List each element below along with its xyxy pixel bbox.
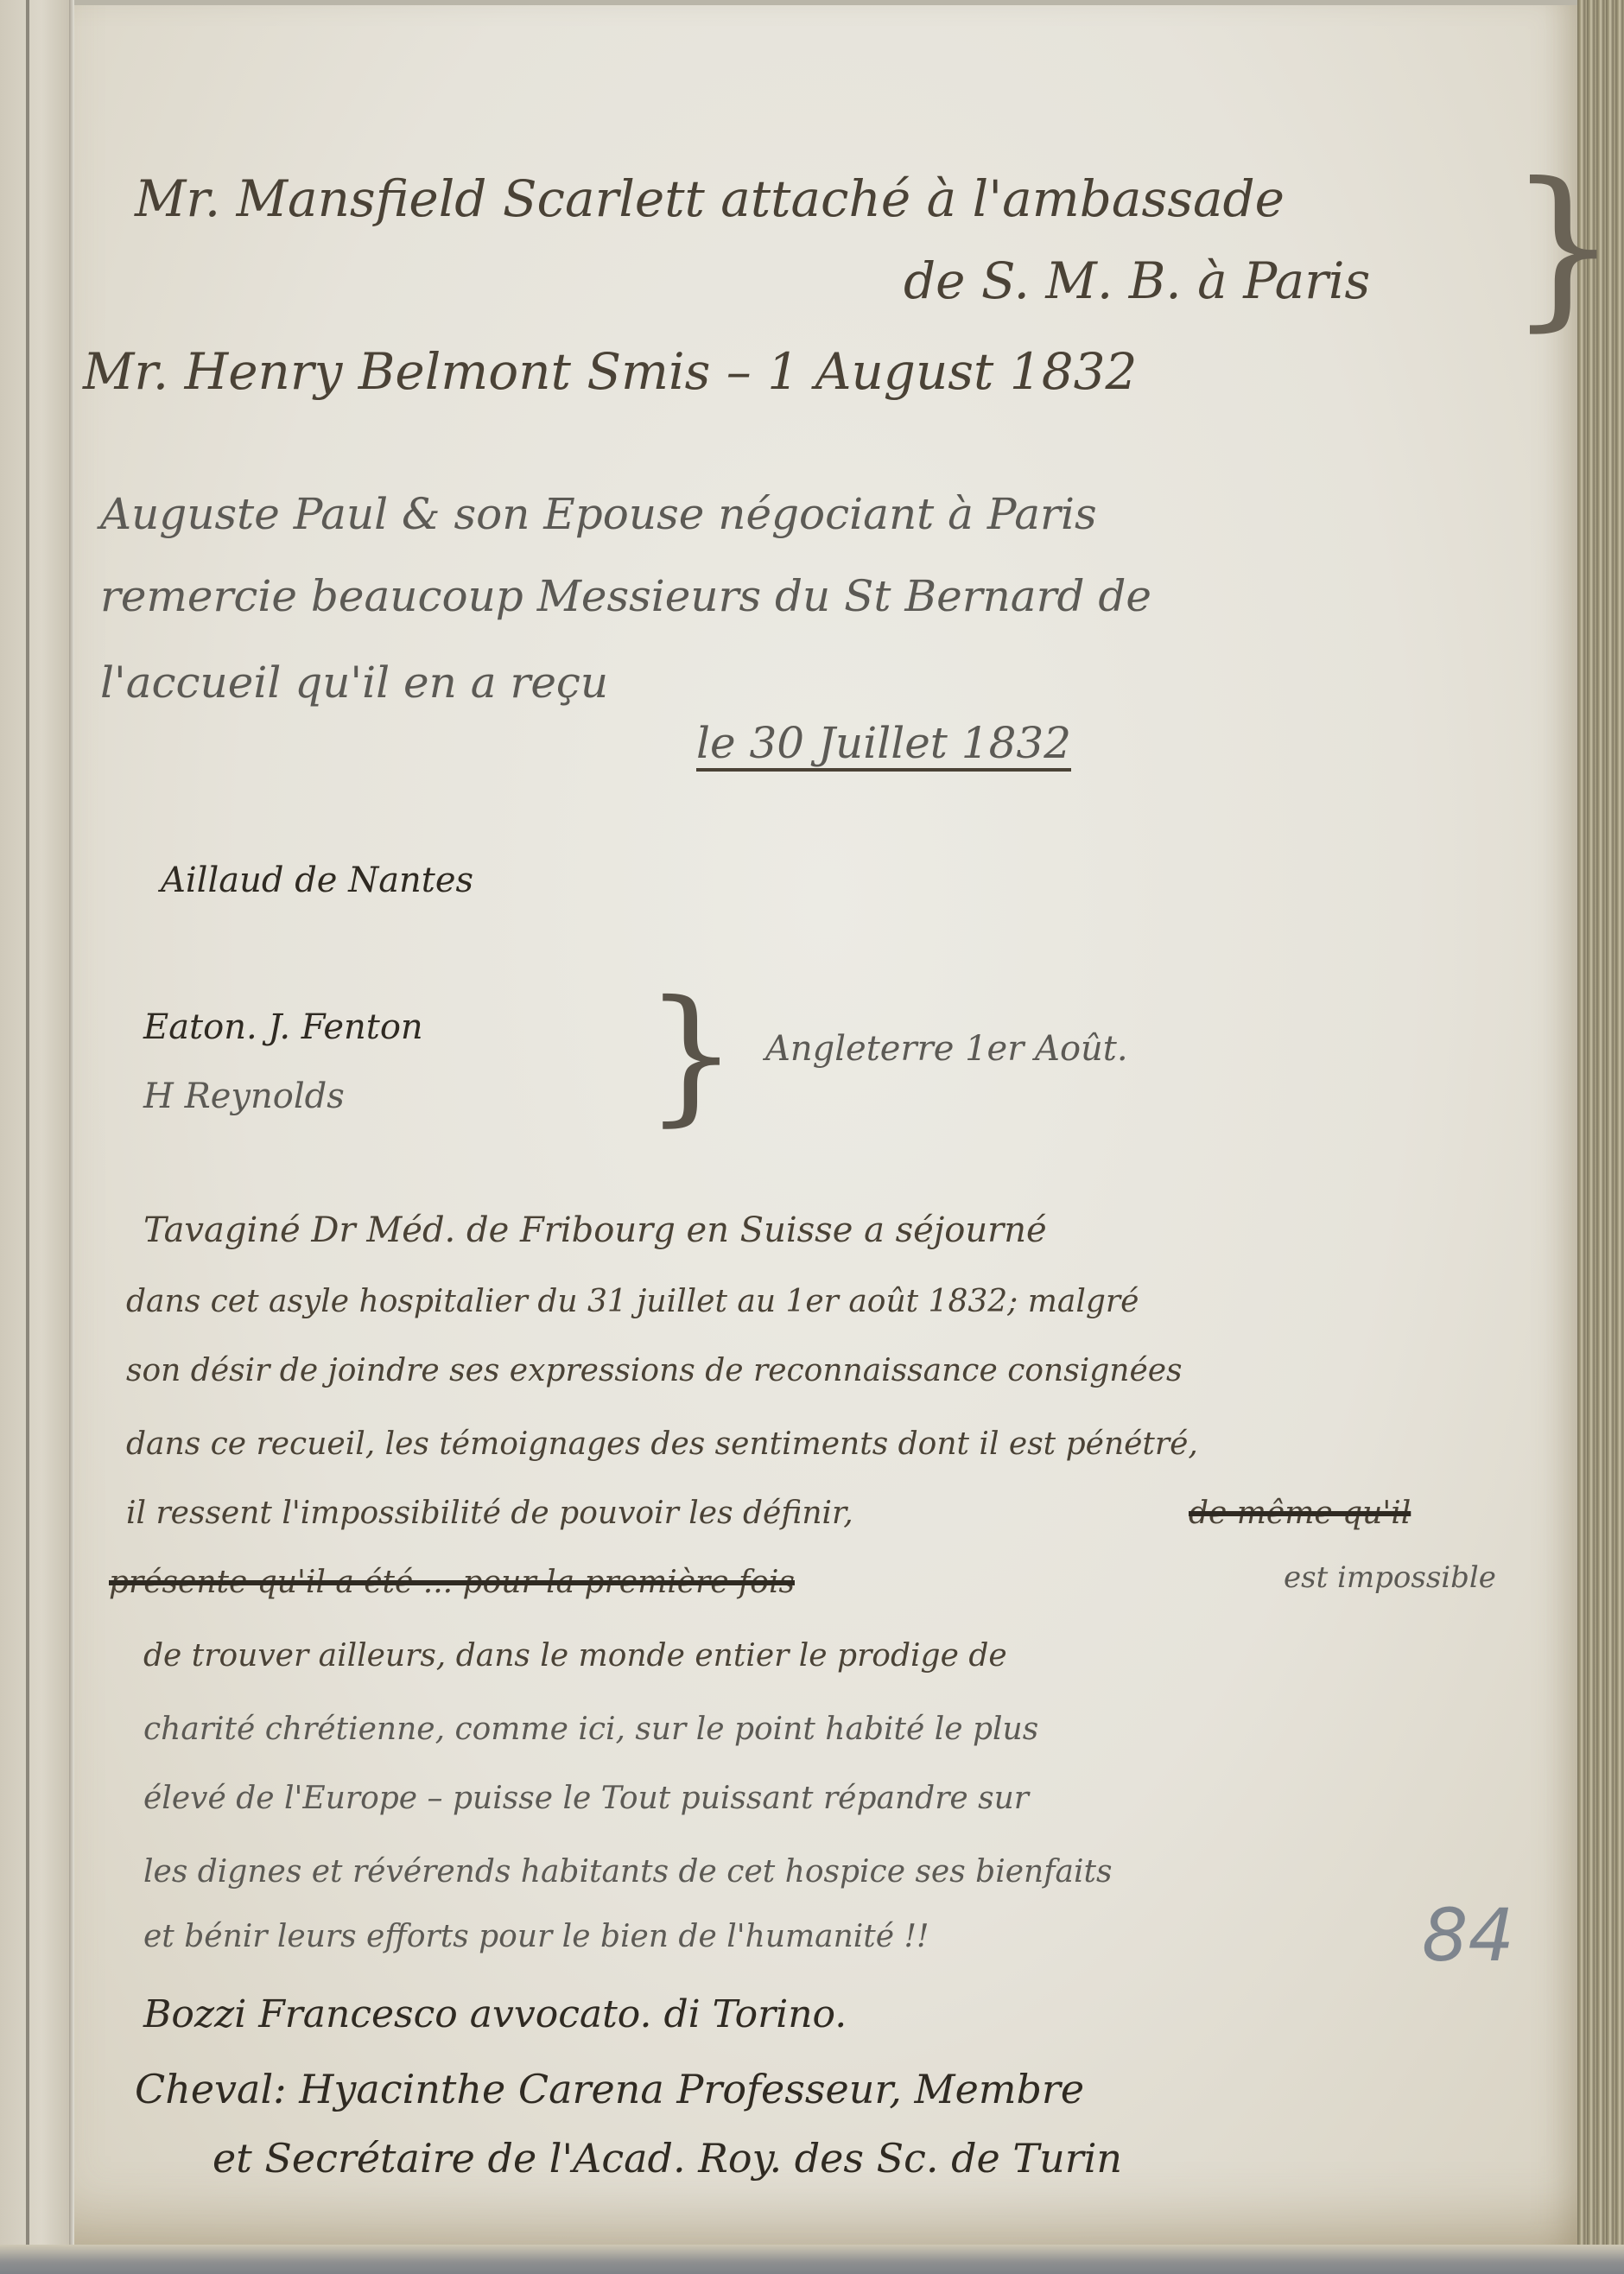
inserted-text: est impossible (1284, 1560, 1496, 1595)
entry-tavagine-line-7: charité chrétienne, comme ici, sur le po… (143, 1712, 1038, 1747)
bottom-page-edge (0, 2245, 1624, 2274)
entry-england-annotation: Angleterre 1er Août. (765, 1029, 1128, 1069)
entry-carena-line-1: Cheval: Hyacinthe Carena Professeur, Mem… (135, 2066, 1084, 2112)
entry-tavagine-line-3: son désir de joindre ses expressions de … (126, 1353, 1183, 1388)
entry-tavagine-line-1: Tavaginé Dr Méd. de Fribourg en Suisse a… (143, 1210, 1047, 1250)
binding-gutter (26, 0, 29, 2246)
entry-paul-line-2: remercie beaucoup Messieurs du St Bernar… (100, 571, 1151, 621)
struck-text-1: de même qu'il (1189, 1496, 1411, 1531)
entry-paul-line-3: l'accueil qu'il en a reçu (100, 657, 608, 708)
struck-text-2: présente qu'il a été ... pour la premièr… (109, 1565, 795, 1600)
entry-scarlett-line-2: de S. M. B. à Paris (904, 251, 1370, 310)
entry-eaton-name: Eaton. J. Fenton (143, 1007, 423, 1047)
entry-carena-line-2: et Secrétaire de l'Acad. Roy. des Sc. de… (213, 2135, 1122, 2182)
entry-scarlett-line-1: Mr. Mansfield Scarlett attaché à l'ambas… (135, 169, 1285, 228)
entry-tavagine-line-2: dans cet asyle hospitalier du 31 juillet… (126, 1284, 1139, 1319)
entry-tavagine-line-9: les dignes et révérends habitants de cet… (143, 1854, 1112, 1890)
page-number: 84 (1422, 1893, 1514, 1978)
entry-bozzi-line: Bozzi Francesco avvocato. di Torino. (143, 1992, 847, 2036)
right-margin-brace: } (1508, 161, 1618, 333)
entry-paul-line-1: Auguste Paul & son Epouse négociant à Pa… (100, 489, 1097, 539)
entry-tavagine-line-8: élevé de l'Europe – puisse le Tout puiss… (143, 1781, 1029, 1816)
entry-tavagine-line-10: et bénir leurs efforts pour le bien de l… (143, 1919, 929, 1954)
manuscript-scan: Mr. Mansfield Scarlett attaché à l'ambas… (0, 0, 1624, 2274)
entry-tavagine-line-4: dans ce recueil, les témoignages des sen… (126, 1426, 1198, 1462)
entry-belmont-line: Mr. Henry Belmont Smis – 1 August 1832 (83, 342, 1137, 401)
manuscript-page: Mr. Mansfield Scarlett attaché à l'ambas… (74, 5, 1577, 2245)
entry-reynolds-name: H Reynolds (143, 1077, 345, 1116)
entry-tavagine-line-6: de trouver ailleurs, dans le monde entie… (143, 1638, 1007, 1674)
entry-tavagine-line-5: il ressent l'impossibilité de pouvoir le… (126, 1496, 853, 1531)
entry-paul-date: le 30 Juillet 1832 (696, 718, 1071, 772)
grouping-brace: } (644, 981, 738, 1128)
entry-aillaud-line: Aillaud de Nantes (161, 861, 473, 900)
facing-page-edge (0, 0, 69, 2246)
